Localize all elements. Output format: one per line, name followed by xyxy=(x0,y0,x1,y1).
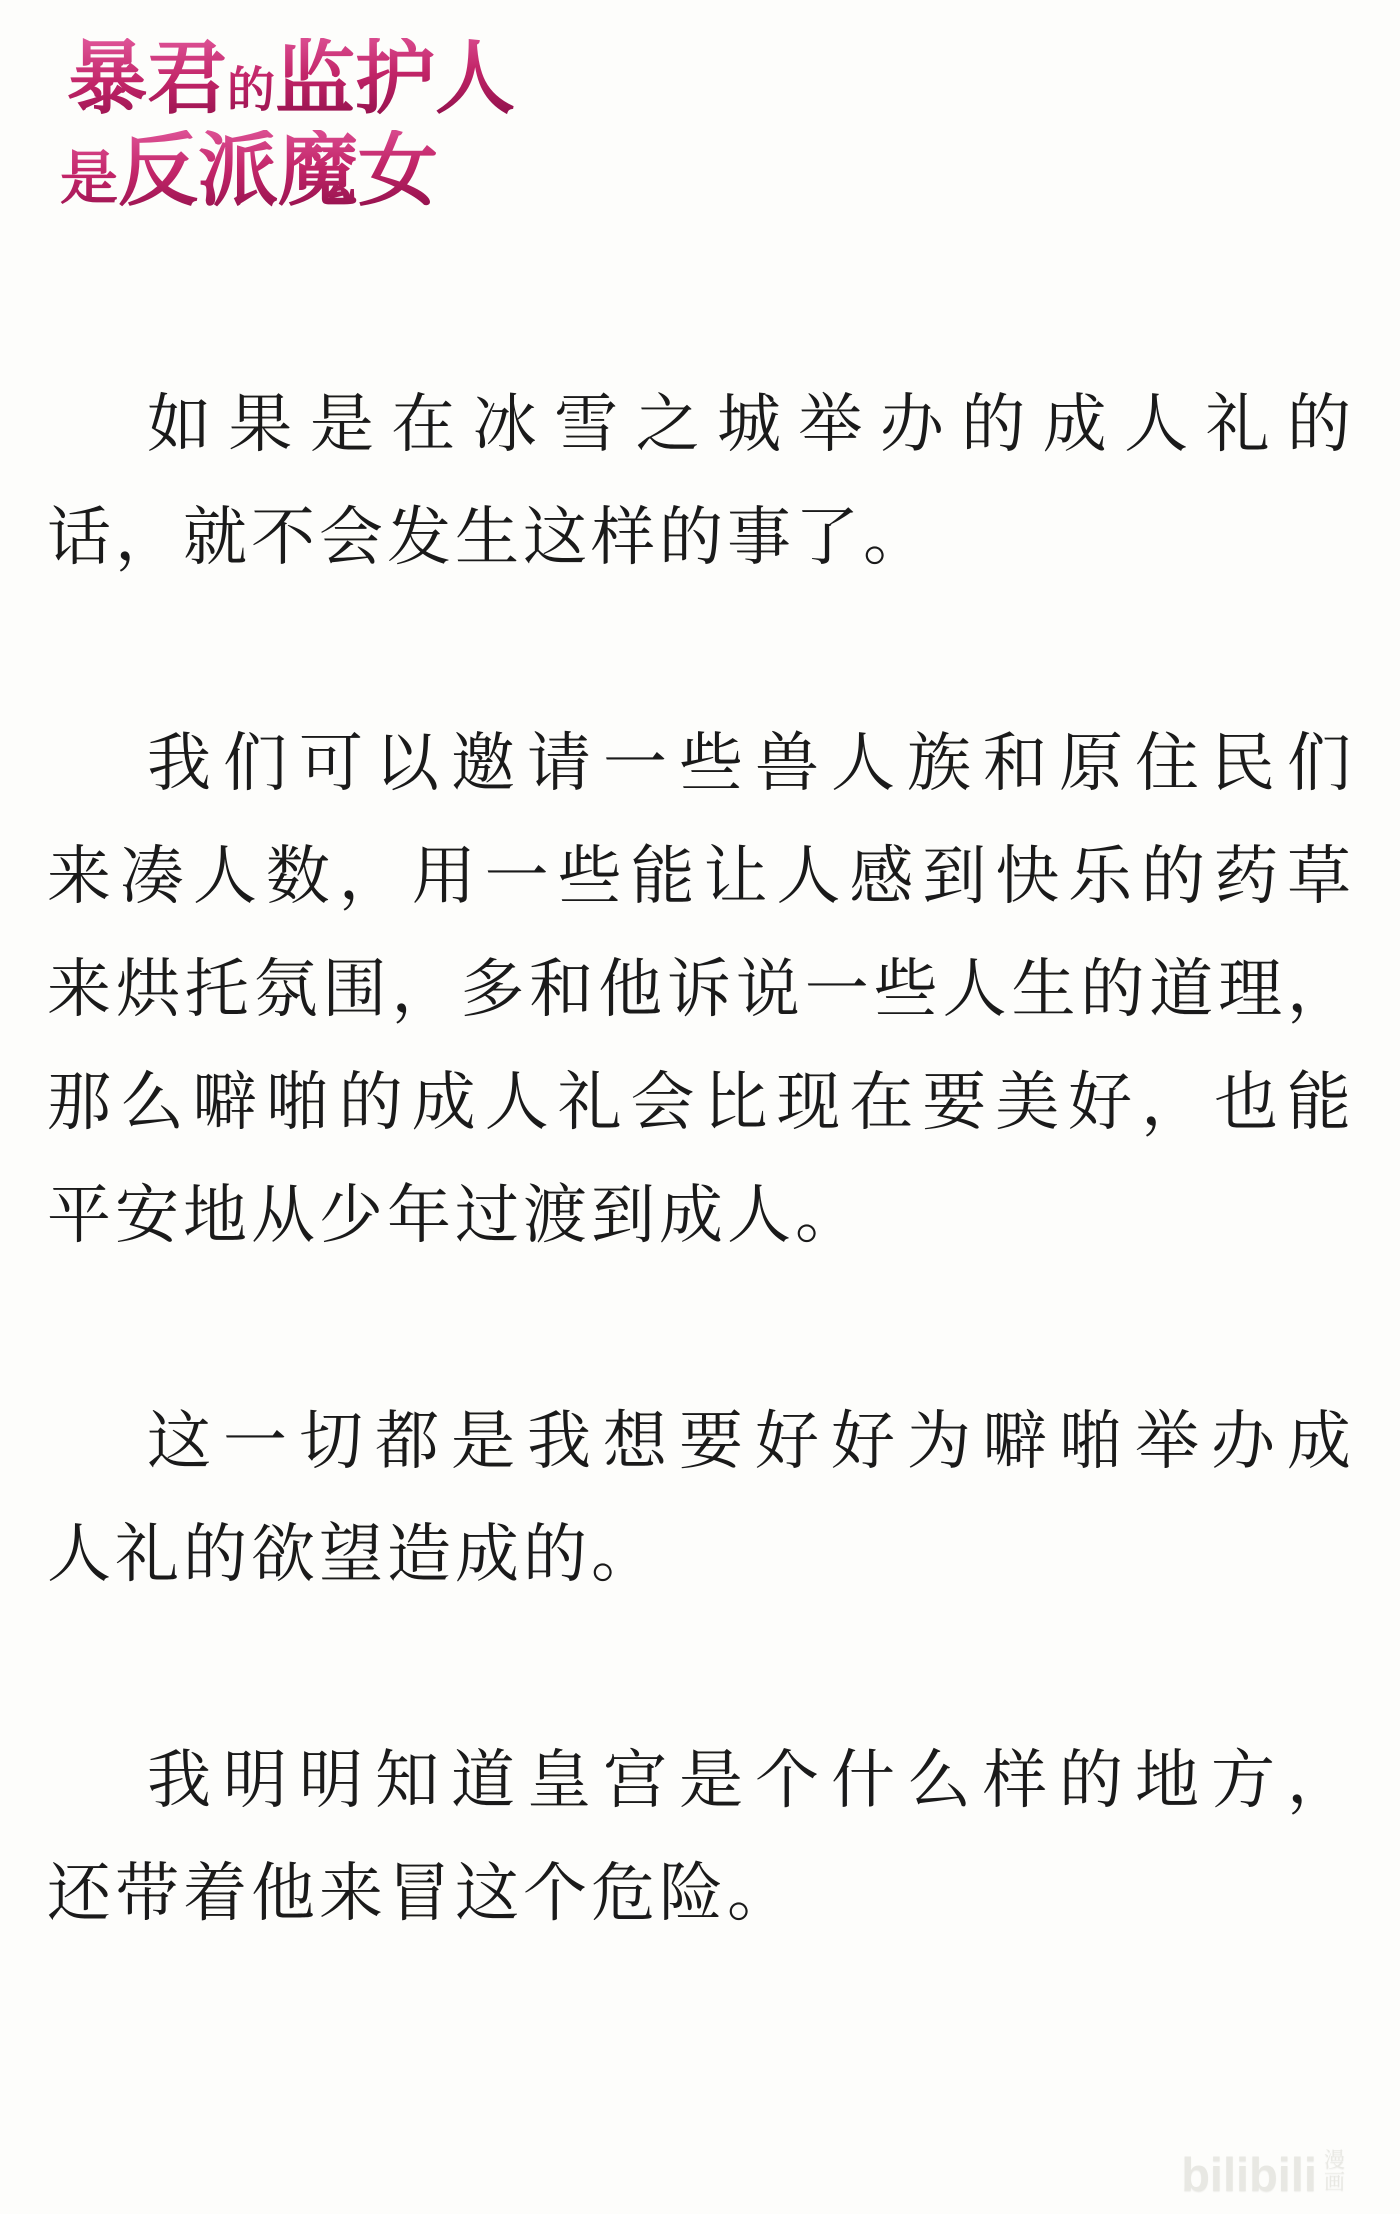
text-line: 这一切都是我想要好好为噼啪举办成 xyxy=(47,1385,1355,1498)
bilibili-watermark: bilibili 漫画 xyxy=(1181,2150,1348,2198)
comic-text-page: 暴君的监护人 是反派魔女 如果是在冰雪之城举办的成人礼的 话，就不会发生这样的事… xyxy=(0,0,1400,2214)
logo-text-segment: 是 xyxy=(60,144,118,212)
text-line: 如果是在冰雪之城举办的成人礼的 xyxy=(47,368,1355,481)
logo-text-segment: 的 xyxy=(227,62,275,118)
bilibili-logo: bilibili xyxy=(1181,2151,1317,2198)
text-line: 我明明知道皇宫是个什么样的地方， xyxy=(47,1724,1355,1837)
series-logo-line2: 是反派魔女 xyxy=(60,130,515,210)
text-line: 来烘托氛围，多和他诉说一些人生的道理， xyxy=(47,933,1355,1046)
text-line: 那么噼啪的成人礼会比现在要美好，也能 xyxy=(47,1046,1355,1159)
manhua-label: 漫画 xyxy=(1324,2150,1348,2195)
series-logo: 暴君的监护人 是反派魔女 xyxy=(42,38,515,210)
paragraph: 如果是在冰雪之城举办的成人礼的 话，就不会发生这样的事了。 xyxy=(47,368,1355,594)
series-logo-line1: 暴君的监护人 xyxy=(67,38,515,118)
logo-text-segment: 暴君 xyxy=(67,31,227,125)
text-line: 我们可以邀请一些兽人族和原住民们 xyxy=(47,707,1355,820)
narration-text: 如果是在冰雪之城举办的成人礼的 话，就不会发生这样的事了。 我们可以邀请一些兽人… xyxy=(47,368,1355,1950)
paragraph: 这一切都是我想要好好为噼啪举办成 人礼的欲望造成的。 xyxy=(47,1385,1355,1611)
paragraph: 我们可以邀请一些兽人族和原住民们 来凑人数，用一些能让人感到快乐的药草 来烘托氛… xyxy=(47,707,1355,1272)
text-line: 来凑人数，用一些能让人感到快乐的药草 xyxy=(47,820,1355,933)
paragraph: 我明明知道皇宫是个什么样的地方， 还带着他来冒这个危险。 xyxy=(47,1724,1355,1950)
text-line: 平安地从少年过渡到成人。 xyxy=(47,1159,1355,1272)
logo-text-segment: 反派魔女 xyxy=(118,123,438,217)
logo-text-segment: 监护人 xyxy=(275,31,515,125)
text-line: 话，就不会发生这样的事了。 xyxy=(47,481,1355,594)
text-line: 人礼的欲望造成的。 xyxy=(47,1498,1355,1611)
text-line: 还带着他来冒这个危险。 xyxy=(47,1837,1355,1950)
